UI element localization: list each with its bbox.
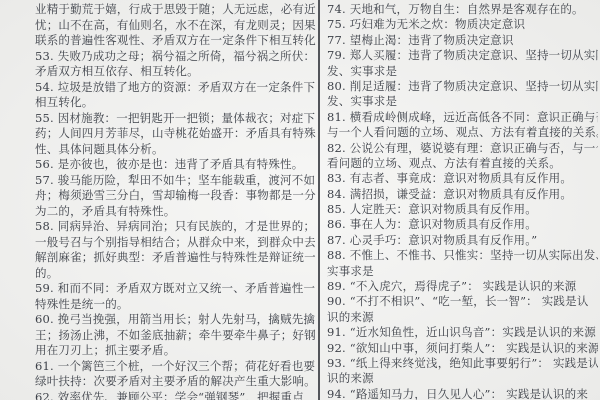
text-line: 与一个人看问题的立场、观点、方法有着直接的关系。 [327,125,598,140]
text-line: 看问题的立场、观点、方法有着直接的关系。 [327,156,598,171]
text-line: 识的来源 [327,310,598,325]
text-line: 58. 同病异治、异病同治；只有民族的，才是世界的； [35,219,316,235]
text-line: 93. “纸上得来终觉浅，绝知此事要躬行”： 实践是认 [327,356,598,371]
text-line: 60. 挽弓当挽强，用箭当用长；射人先射马，擒贼先擒 [35,312,316,328]
scanned-document-page: 业精于勤荒于嬉，行成于思毁于随；人无远虑，必有近忧；山不在高，有仙则名，水不在深… [0,0,600,400]
text-line: 77. 望梅止渴：违背了物质决定意识 [327,33,598,48]
text-line: 74. 天地和气，万物自生：自然界是客观存在的。 [327,2,598,17]
text-line: 的。 [35,266,316,282]
text-line: 81. 横看成岭侧成峰，远近高低各不同：意识正确与否， [327,110,598,125]
left-text-column: 业精于勤荒于嬉，行成于思毁于随；人无远虑，必有近忧；山不在高，有仙则名，水不在深… [35,0,316,400]
text-line: 解剖麻雀；抓好典型：矛盾普遍性与特殊性是辩证统一 [35,250,316,266]
text-line: 56. 是亦彼也，彼亦是也：违背了矛盾具有特殊性。 [35,157,316,173]
text-line: 忧；山不在高，有仙则名，水不在深，有龙则灵；因果 [35,18,316,34]
text-line: 药；人间四月芳菲尽，山寺桃花始盛开：矛盾具有特殊 [35,126,316,142]
text-line: 54. 垃圾是放错了地方的资源：矛盾双方在一定条件下 [35,80,316,96]
text-line: 90. “不打不相识”、“吃一堑，长一智”： 实践是认 [327,294,598,309]
text-line: 王；扬汤止沸，不如釜底抽薪；牵牛要牵牛鼻子；好钢 [35,328,316,344]
text-line: 89. “不入虎穴，焉得虎子”： 实践是认识的来源 [327,279,598,294]
text-line: 55. 因材施教：一把钥匙开一把锁；量体裁衣；对症下 [35,111,316,127]
text-line: 61. 一个篱笆三个桩，一个好汉三个帮；荷花好看也要 [35,359,316,375]
text-line: 识的来源 [327,371,598,386]
text-line: 87. 心灵手巧：意识对物质具有反作用。” [327,233,598,248]
text-line: 绿叶扶持：次要矛盾对主要矛盾的解决产生重大影响。 [35,374,316,390]
text-line: 实事求是 [327,264,598,279]
text-line: 一般号召与个别指导相结合；从群众中来，到群众中去； [35,235,316,251]
text-line: 相互转化。 [35,95,316,111]
text-line: 业精于勤荒于嬉，行成于思毁于随；人无远虑，必有近 [35,2,316,18]
text-line: 发、实事求是 [327,94,598,109]
text-line: 75. 巧妇难为无米之炊：物质决定意识 [327,17,598,32]
text-line: 特殊性是统一的。 [35,297,316,313]
text-line: 91. “近水知鱼性，近山识鸟音”：实践是认识的来源 [327,325,598,340]
text-line: 83. 有志者、事竟成：意识对物质具有反作用。 [327,171,598,186]
text-line: 82. 公说公有理，婆说婆有理：意识正确与否，与一个人 [327,141,598,156]
text-line: 为二的，矛盾具有特殊性。 [35,204,316,220]
text-line: 舟；梅须逊雪三分白，雪却输梅一段香：事物都是一分 [35,188,316,204]
text-line: 88. 不惟上、不惟书、只惟实：坚持一切从实际出发、 [327,248,598,263]
column-divider-line [318,0,320,400]
text-line: 86. 事在人为：意识对物质具有反作用。 [327,217,598,232]
text-line: 53. 失败乃成功之母；祸兮福之所倚，福兮祸之所伏： [35,49,316,65]
text-line: 发、实事求是 [327,64,598,79]
text-line: 性、具体问题具体分析。 [35,142,316,158]
text-line: 57. 骏马能历险，犁田不如牛；坚车能载重，渡河不如 [35,173,316,189]
text-line: 79. 郑人买履：违背了物质决定意识、坚持一切从实际出 [327,48,598,63]
text-line: 联系的普遍性客观性、矛盾双方在一定条件下相互转化。 [35,33,316,49]
text-line: 80. 削足适履：违背了物质决定意识、坚持一切从实际出 [327,79,598,94]
text-line: 92. “欲知山中事，须问打柴人”： 实践是认识的来源 [327,341,598,356]
text-line: 矛盾双方相互依存、相互转化。 [35,64,316,80]
text-line: 84. 满招损，谦受益：意识对物质具有反作用。 [327,187,598,202]
text-line: 用在刀刃上；抓主要矛盾。 [35,343,316,359]
text-line: 59. 和而不同：矛盾双方既对立又统一、矛盾普遍性一 [35,281,316,297]
text-line: 85. 人定胜天：意识对物质具有反作用。 [327,202,598,217]
text-line: 62. 效率优先、兼顾公平；学会“弹钢琴”，把握重点 [35,390,316,400]
right-text-column: 74. 天地和气，万物自生：自然界是客观存在的。75. 巧妇难为无米之炊：物质决… [327,0,598,400]
text-line: 94. “路遥知马力，日久见人心”： 实践是认识的来 [327,387,598,400]
